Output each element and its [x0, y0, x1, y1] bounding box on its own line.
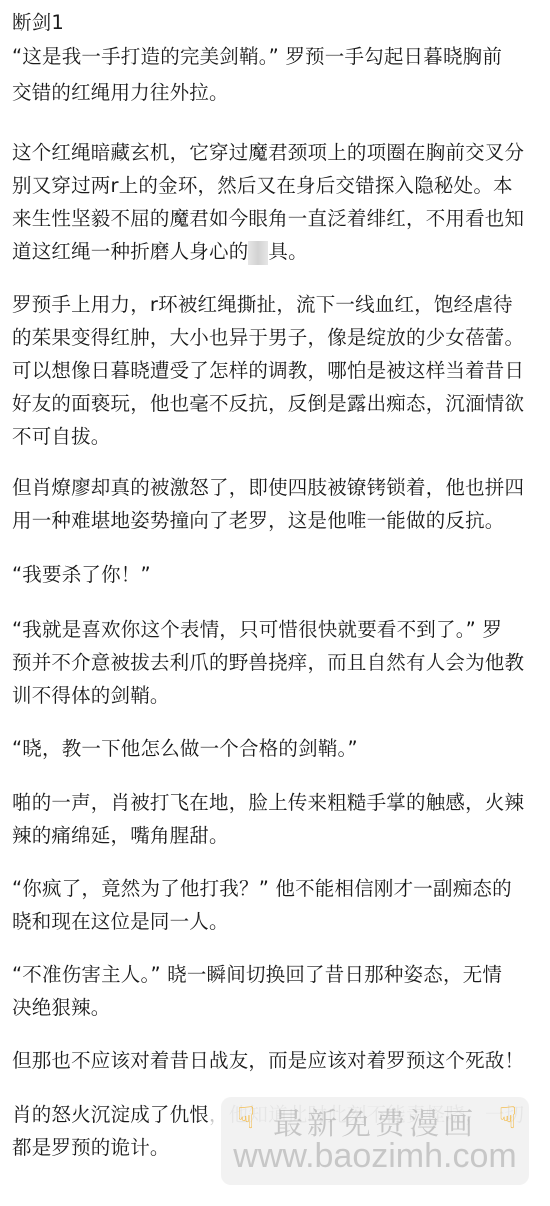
text-segment: 具。 [268, 240, 307, 263]
text-line: 预并不介意被拔去利爪的野兽挠痒，而且自然有人会为他教 [12, 648, 524, 678]
text-line: 训不得体的剑鞘。 [12, 681, 170, 711]
text-line: “我要杀了你！” [12, 560, 151, 590]
text-line: 但肖燎廖却真的被激怒了，即使四肢被镣铐锁着，他也拼四 [12, 473, 524, 503]
censored-blur [248, 241, 268, 265]
text-line: 但那也不应该对着昔日战友，而是应该对着罗预这个死敌！ [12, 1046, 524, 1076]
watermark-banner: ☟ 最新免费漫画 ☟ www.baozimh.com [221, 1097, 529, 1185]
pointing-down-hand-icon: ☟ [499, 1101, 517, 1136]
text-line: 可以想像日暮晓遭受了怎样的调教，哪怕是被这样当着昔日 [12, 356, 524, 386]
text-line: 用一种难堪地姿势撞向了老罗，这是他唯一能做的反抗。 [12, 506, 505, 536]
text-line: “不准伤害主人。” 晓一瞬间切换回了昔日那种姿态，无情 [12, 960, 502, 990]
text-line: 道这红绳一种折磨人身心的具。 [12, 237, 308, 267]
document-page: 断剑1 “这是我一手打造的完美剑鞘。” 罗预一手勾起日暮晓胸前 交错的红绳用力往… [0, 0, 550, 1206]
text-line: 这个红绳暗藏玄机，它穿过魔君颈项上的项圈在胸前交叉分 [12, 138, 524, 168]
text-line: 来生性坚毅不屈的魔君如今眼角一直泛着绯红，不用看也知 [12, 204, 524, 234]
text-line: “你疯了，竟然为了他打我？” 他不能相信刚才一副痴态的 [12, 874, 512, 904]
chapter-title: 断剑1 [12, 8, 64, 38]
text-segment: 道这红绳一种折磨人身心的 [12, 240, 248, 263]
text-line: 交错的红绳用力往外拉。 [12, 78, 229, 108]
text-line: 好友的面亵玩，他也毫不反抗，反倒是露出痴态，沉湎情欲 [12, 389, 524, 419]
text-line: “晓，教一下他怎么做一个合格的剑鞘。” [12, 734, 358, 764]
text-line: 的茱果变得红肿，大小也异于男子，像是绽放的少女蓓蕾。 [12, 323, 524, 353]
text-segment: 肖的怒火沉淀成了仇恨 [12, 1103, 209, 1126]
text-line: 辣的痛绵延，嘴角腥甜。 [12, 821, 229, 851]
text-line: 啪的一声，肖被打飞在地，脸上传来粗糙手掌的触感，火辣 [12, 788, 524, 818]
text-line: 不可自拔。 [12, 422, 111, 452]
text-line: 晓和现在这位是同一人。 [12, 907, 229, 937]
text-line: 罗预手上用力，r环被红绳撕扯，流下一线血红，饱经虐待 [12, 290, 513, 320]
text-line: 决绝狠辣。 [12, 993, 111, 1023]
text-line: “我就是喜欢你这个表情，只可惜很快就要看不到了。” 罗 [12, 615, 502, 645]
text-line: 都是罗预的诡计。 [12, 1133, 170, 1163]
text-line: “这是我一手打造的完美剑鞘。” 罗预一手勾起日暮晓胸前 [12, 42, 502, 72]
watermark-url: www.baozimh.com [221, 1137, 529, 1176]
text-line: 别又穿过两r上的金环，然后又在身后交错探入隐秘处。本 [12, 171, 513, 201]
